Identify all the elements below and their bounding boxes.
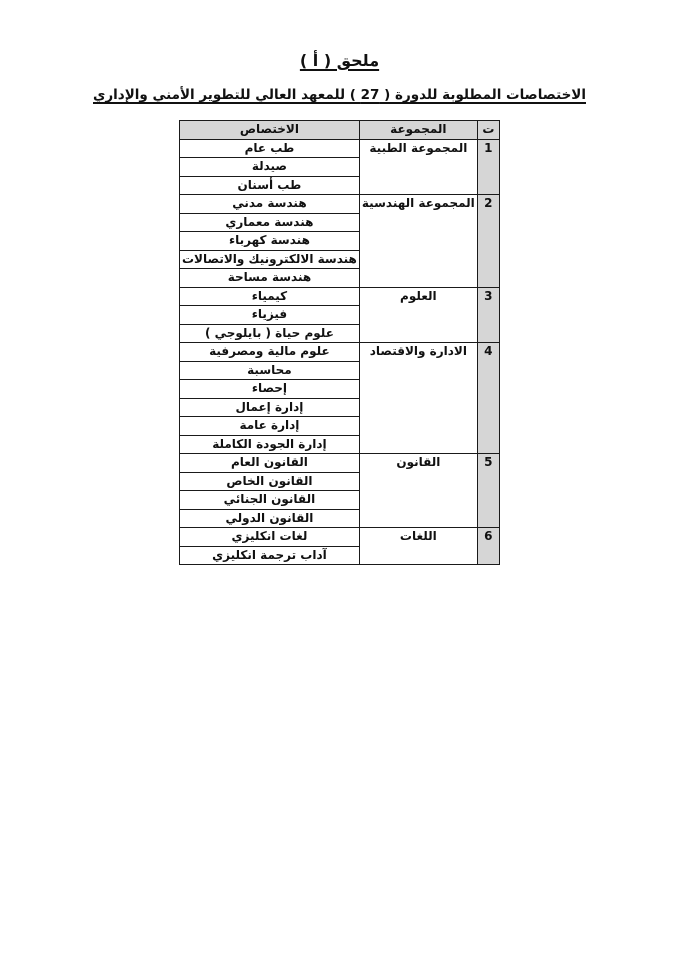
specialization-cell: آداب ترجمة انكليزي [180,546,360,565]
specialization-cell: القانون الدولي [180,509,360,528]
specialization-cell: طب عام [180,139,360,158]
table-row: 1المجموعة الطبيةطب عام [180,139,500,158]
row-number-cell: 5 [477,454,499,528]
row-number-cell: 2 [477,195,499,288]
specialization-cell: محاسبة [180,361,360,380]
group-cell: المجموعة الهندسية [359,195,477,288]
specialization-cell: القانون العام [180,454,360,473]
table-row: 4الادارة والاقتصادعلوم مالية ومصرفية [180,343,500,362]
table-row: 5القانونالقانون العام [180,454,500,473]
specialization-cell: إدارة عامة [180,417,360,436]
specialization-cell: هندسة الالكترونيك والاتصالات [180,250,360,269]
row-number-cell: 1 [477,139,499,195]
specialization-cell: كيمياء [180,287,360,306]
col-header-group: المجموعة [359,121,477,140]
specialization-cell: علوم مالية ومصرفية [180,343,360,362]
document-page: { "page": { "title": "ملحق ( أ )", "subt… [0,0,679,960]
row-number-cell: 3 [477,287,499,343]
group-cell: اللغات [359,528,477,565]
specialization-cell: هندسة كهرباء [180,232,360,251]
table-row: 6اللغاتلغات انكليزي [180,528,500,547]
specialization-cell: طب أسنان [180,176,360,195]
row-number-cell: 6 [477,528,499,565]
col-header-specialization: الاختصاص [180,121,360,140]
document-subtitle: الاختصاصات المطلوبة للدورة ( 27 ) للمعهد… [0,87,679,103]
header-row: ت المجموعة الاختصاص [180,121,500,140]
specialization-cell: إدارة إعمال [180,398,360,417]
specialization-cell: القانون الخاص [180,472,360,491]
group-cell: القانون [359,454,477,528]
table-header: ت المجموعة الاختصاص [180,121,500,140]
specialization-cell: إدارة الجودة الكاملة [180,435,360,454]
specialization-cell: هندسة معماري [180,213,360,232]
specialization-cell: هندسة مدني [180,195,360,214]
appendix-title: ملحق ( أ ) [0,51,679,70]
group-cell: العلوم [359,287,477,343]
specialization-cell: فيزياء [180,306,360,325]
col-header-no: ت [477,121,499,140]
row-number-cell: 4 [477,343,499,454]
specialization-cell: علوم حياة ( بايلوجي ) [180,324,360,343]
specialization-cell: صيدلة [180,158,360,177]
group-cell: الادارة والاقتصاد [359,343,477,454]
table-body: 1المجموعة الطبيةطب عامصيدلةطب أسنان2المج… [180,139,500,565]
specialization-cell: القانون الجنائي [180,491,360,510]
specializations-table: ت المجموعة الاختصاص 1المجموعة الطبيةطب ع… [179,120,500,565]
specialization-cell: إحصاء [180,380,360,399]
table-row: 3العلومكيمياء [180,287,500,306]
group-cell: المجموعة الطبية [359,139,477,195]
specialization-cell: هندسة مساحة [180,269,360,288]
table-row: 2المجموعة الهندسيةهندسة مدني [180,195,500,214]
specialization-cell: لغات انكليزي [180,528,360,547]
